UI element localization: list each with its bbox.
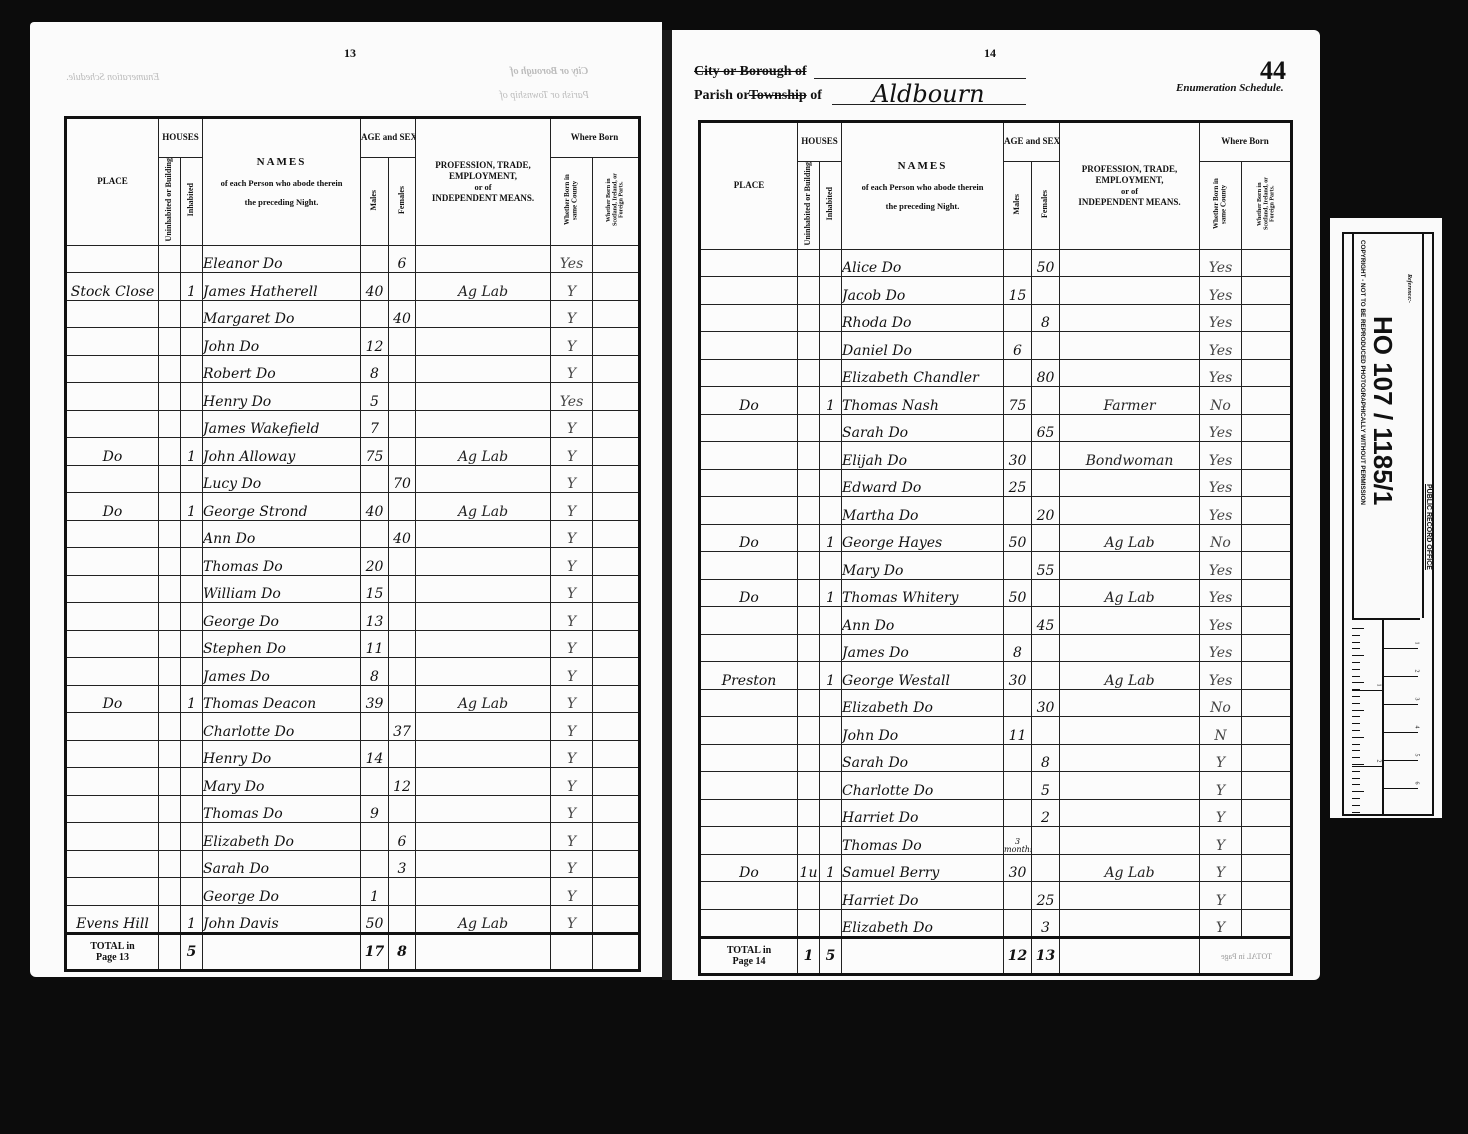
males-age-cell — [361, 300, 389, 328]
females-age-cell — [1032, 469, 1060, 497]
same-county-cell: Y — [1200, 772, 1242, 800]
place-cell — [700, 909, 798, 938]
occupation-cell: Ag Lab — [1060, 854, 1200, 882]
occupation-cell — [1060, 717, 1200, 745]
census-row: John Do11N — [700, 717, 1292, 745]
uninhabited-cell — [159, 493, 181, 521]
inhabited-cell — [181, 548, 203, 576]
occupation-cell — [416, 300, 551, 328]
occupation-cell — [1060, 332, 1200, 360]
females-age-cell — [389, 795, 416, 823]
total-label: TOTAL inPage 13 — [66, 934, 159, 971]
occupation-cell: Ag Lab — [416, 685, 551, 713]
census-row: Sarah Do8Y — [700, 744, 1292, 772]
place-cell — [66, 603, 159, 631]
place-cell: Stock Close — [66, 273, 159, 301]
name-cell: William Do — [203, 575, 361, 603]
name-cell: Rhoda Do — [842, 304, 1004, 332]
inhabited-cell: 1 — [181, 273, 203, 301]
reference-label: Reference:- — [1406, 274, 1412, 303]
header-houses: HOUSES — [159, 118, 203, 158]
inhabited-cell — [820, 717, 842, 745]
foreign-born-cell — [1242, 524, 1292, 552]
copyright-notice: COPYRIGHT - NOT TO BE REPRODUCED PHOTOGR… — [1359, 240, 1366, 505]
females-age-cell — [1032, 634, 1060, 662]
occupation-cell — [1060, 497, 1200, 525]
census-row: Thomas Do20Y — [66, 548, 640, 576]
census-row: Harriet Do25Y — [700, 882, 1292, 910]
uninhabited-cell — [159, 300, 181, 328]
foreign-born-cell — [1242, 662, 1292, 690]
occupation-cell: Ag Lab — [416, 493, 551, 521]
header-males: Males — [1004, 162, 1032, 250]
total-uninhabited: 1 — [798, 938, 820, 975]
inhabited-cell: 1 — [181, 438, 203, 466]
foreign-born-cell — [593, 273, 640, 301]
inhabited-cell — [181, 878, 203, 906]
same-county-cell: Y — [551, 878, 593, 906]
females-age-cell — [389, 383, 416, 411]
header-inhabited: Inhabited — [181, 158, 203, 246]
same-county-cell: Y — [551, 410, 593, 438]
census-row: Stephen Do11Y — [66, 630, 640, 658]
uninhabited-cell — [798, 717, 820, 745]
uninhabited-cell: 1u — [798, 854, 820, 882]
same-county-cell: Yes — [1200, 304, 1242, 332]
place-cell — [66, 575, 159, 603]
females-age-cell — [389, 740, 416, 768]
uninhabited-cell — [159, 548, 181, 576]
place-cell — [66, 630, 159, 658]
males-age-cell — [1004, 304, 1032, 332]
occupation-cell — [416, 245, 551, 273]
occupation-cell — [416, 878, 551, 906]
same-county-cell: Yes — [1200, 442, 1242, 470]
census-row: Mary Do12Y — [66, 768, 640, 796]
header-same-county: Whether Born in same County — [551, 158, 593, 246]
females-age-cell — [389, 548, 416, 576]
males-age-cell — [361, 768, 389, 796]
females-age-cell: 30 — [1032, 689, 1060, 717]
same-county-cell: Y — [551, 273, 593, 301]
measurement-ruler: 12345612 — [1352, 618, 1420, 816]
place-cell — [700, 497, 798, 525]
header-foreign-born: Whether Born in Scotland, Ireland, or Fo… — [593, 158, 640, 246]
males-age-cell: 13 — [361, 603, 389, 631]
inhabited-cell — [820, 827, 842, 855]
occupation-cell: Farmer — [1060, 387, 1200, 415]
females-age-cell: 45 — [1032, 607, 1060, 635]
occupation-cell — [1060, 304, 1200, 332]
foreign-born-cell — [593, 823, 640, 851]
place-cell — [66, 658, 159, 686]
name-cell: Thomas Do — [842, 827, 1004, 855]
females-age-cell — [1032, 387, 1060, 415]
name-cell: Samuel Berry — [842, 854, 1004, 882]
name-cell: Charlotte Do — [842, 772, 1004, 800]
place-cell — [700, 469, 798, 497]
foreign-born-cell — [593, 575, 640, 603]
same-county-cell: Y — [1200, 744, 1242, 772]
uninhabited-cell — [159, 328, 181, 356]
name-cell: Mary Do — [842, 552, 1004, 580]
name-cell: Lucy Do — [203, 465, 361, 493]
same-county-cell: Y — [551, 850, 593, 878]
females-age-cell: 3 — [389, 850, 416, 878]
inhabited-cell — [820, 249, 842, 277]
same-county-cell: Y — [551, 658, 593, 686]
same-county-cell: Y — [551, 300, 593, 328]
same-county-cell: Y — [1200, 909, 1242, 938]
uninhabited-cell — [798, 579, 820, 607]
header-where-born: Where Born — [1200, 122, 1292, 162]
foreign-born-cell — [593, 355, 640, 383]
occupation-cell — [416, 328, 551, 356]
occupation-cell — [416, 383, 551, 411]
inhabited-cell: 1 — [181, 685, 203, 713]
males-age-cell: 20 — [361, 548, 389, 576]
place-cell — [66, 878, 159, 906]
name-cell: Margaret Do — [203, 300, 361, 328]
name-cell: George Do — [203, 603, 361, 631]
foreign-born-cell — [1242, 359, 1292, 387]
ruler-cm-mark: 5 — [1384, 760, 1418, 761]
occupation-cell: Ag Lab — [416, 905, 551, 934]
name-cell: Thomas Nash — [842, 387, 1004, 415]
name-cell: Sarah Do — [203, 850, 361, 878]
males-age-cell: 50 — [361, 905, 389, 934]
males-age-cell — [1004, 607, 1032, 635]
same-county-cell: Y — [551, 740, 593, 768]
foreign-born-cell — [1242, 387, 1292, 415]
census-row: James Wakefield7Y — [66, 410, 640, 438]
same-county-cell: N — [1200, 717, 1242, 745]
uninhabited-cell — [798, 552, 820, 580]
same-county-cell: Y — [551, 465, 593, 493]
uninhabited-cell — [798, 772, 820, 800]
foreign-born-cell — [1242, 332, 1292, 360]
name-cell: Ann Do — [203, 520, 361, 548]
place-cell — [700, 827, 798, 855]
name-cell: Alice Do — [842, 249, 1004, 277]
place-cell — [66, 768, 159, 796]
place-cell — [700, 552, 798, 580]
reference-number: HO 107 / 1185/1 — [1367, 316, 1398, 505]
place-cell — [66, 245, 159, 273]
inhabited-cell — [181, 300, 203, 328]
inhabited-cell — [181, 713, 203, 741]
census-row: George Do1Y — [66, 878, 640, 906]
females-age-cell — [389, 905, 416, 934]
place-cell — [66, 740, 159, 768]
header-females: Females — [1032, 162, 1060, 250]
same-county-cell: Y — [551, 575, 593, 603]
census-table-page-14: PLACE HOUSES NAMES of each Person who ab… — [698, 120, 1293, 976]
males-age-cell: 75 — [1004, 387, 1032, 415]
book-gutter — [662, 30, 672, 980]
header-names: NAMES of each Person who abode therein t… — [842, 122, 1004, 250]
same-county-cell: No — [1200, 689, 1242, 717]
census-row: James Do8Y — [66, 658, 640, 686]
name-cell: Thomas Deacon — [203, 685, 361, 713]
foreign-born-cell — [593, 740, 640, 768]
header-houses: HOUSES — [798, 122, 842, 162]
uninhabited-cell — [798, 304, 820, 332]
females-age-cell — [1032, 662, 1060, 690]
uninhabited-cell — [798, 524, 820, 552]
uninhabited-cell — [159, 438, 181, 466]
uninhabited-cell — [159, 383, 181, 411]
census-row: James Do8Yes — [700, 634, 1292, 662]
header-profession: PROFESSION, TRADE, EMPLOYMENT, or of IND… — [1060, 122, 1200, 250]
census-row: Margaret Do40Y — [66, 300, 640, 328]
inhabited-cell: 1 — [820, 387, 842, 415]
same-county-cell: No — [1200, 387, 1242, 415]
header-same-county: Whether Born in same County — [1200, 162, 1242, 250]
name-cell: Robert Do — [203, 355, 361, 383]
males-age-cell: 9 — [361, 795, 389, 823]
inhabited-cell — [820, 552, 842, 580]
census-row: Thomas Do3 monthsY — [700, 827, 1292, 855]
total-males: 17 — [361, 934, 389, 971]
name-cell: Ann Do — [842, 607, 1004, 635]
females-age-cell — [1032, 717, 1060, 745]
same-county-cell: Y — [1200, 799, 1242, 827]
inhabited-cell — [181, 328, 203, 356]
name-cell: Elizabeth Do — [842, 909, 1004, 938]
males-age-cell: 40 — [361, 273, 389, 301]
census-row: Jacob Do15Yes — [700, 277, 1292, 305]
foreign-born-cell — [1242, 442, 1292, 470]
census-row: Stock Close1James Hatherell40Ag LabY — [66, 273, 640, 301]
bleed-through-total: TOTAL in Page — [1200, 938, 1292, 975]
occupation-cell: Ag Lab — [1060, 524, 1200, 552]
name-cell: Sarah Do — [842, 414, 1004, 442]
bleed-through-text: City or Borough of — [510, 66, 588, 77]
males-age-cell — [1004, 799, 1032, 827]
inhabited-cell — [820, 744, 842, 772]
females-age-cell — [389, 575, 416, 603]
name-cell: James Do — [203, 658, 361, 686]
header-uninhabited: Uninhabited or Building — [159, 158, 181, 246]
total-females: 13 — [1032, 938, 1060, 975]
females-age-cell — [1032, 442, 1060, 470]
same-county-cell: Yes — [1200, 552, 1242, 580]
males-age-cell — [361, 465, 389, 493]
females-age-cell: 12 — [389, 768, 416, 796]
occupation-cell — [1060, 249, 1200, 277]
inhabited-cell — [820, 772, 842, 800]
place-cell — [66, 355, 159, 383]
inhabited-cell — [181, 383, 203, 411]
foreign-born-cell — [1242, 689, 1292, 717]
uninhabited-cell — [798, 387, 820, 415]
total-females: 8 — [389, 934, 416, 971]
occupation-cell — [1060, 359, 1200, 387]
occupation-cell: Ag Lab — [1060, 579, 1200, 607]
occupation-cell — [416, 740, 551, 768]
uninhabited-cell — [798, 909, 820, 938]
inhabited-cell — [820, 442, 842, 470]
foreign-born-cell — [1242, 414, 1292, 442]
females-age-cell: 80 — [1032, 359, 1060, 387]
census-row: Henry Do5Yes — [66, 383, 640, 411]
males-age-cell — [1004, 772, 1032, 800]
place-cell — [66, 713, 159, 741]
males-age-cell — [361, 823, 389, 851]
inhabited-cell — [181, 658, 203, 686]
inhabited-cell — [820, 909, 842, 938]
header-names: NAMES of each Person who abode therein t… — [203, 118, 361, 246]
name-cell: Stephen Do — [203, 630, 361, 658]
place-cell — [700, 634, 798, 662]
name-cell: George Do — [203, 878, 361, 906]
occupation-cell: Ag Lab — [1060, 662, 1200, 690]
uninhabited-cell — [159, 603, 181, 631]
foreign-born-cell — [1242, 799, 1292, 827]
foreign-born-cell — [593, 768, 640, 796]
place-cell — [700, 277, 798, 305]
same-county-cell: Yes — [1200, 662, 1242, 690]
males-age-cell: 11 — [361, 630, 389, 658]
place-cell — [66, 328, 159, 356]
name-cell: Sarah Do — [842, 744, 1004, 772]
uninhabited-cell — [159, 575, 181, 603]
name-cell: Daniel Do — [842, 332, 1004, 360]
occupation-cell — [416, 465, 551, 493]
uninhabited-cell — [798, 882, 820, 910]
females-age-cell — [389, 630, 416, 658]
ruler-cm-mark: 6 — [1384, 788, 1418, 789]
uninhabited-cell — [798, 662, 820, 690]
uninhabited-cell — [798, 469, 820, 497]
census-row: Preston1George Westall30Ag LabYes — [700, 662, 1292, 690]
census-row: Charlotte Do5Y — [700, 772, 1292, 800]
uninhabited-cell — [159, 740, 181, 768]
uninhabited-cell — [798, 607, 820, 635]
males-age-cell — [1004, 552, 1032, 580]
census-row: Do1u1Samuel Berry30Ag LabY — [700, 854, 1292, 882]
inhabited-cell — [181, 520, 203, 548]
inhabited-cell: 1 — [820, 524, 842, 552]
place-cell — [66, 795, 159, 823]
place-cell — [66, 300, 159, 328]
occupation-cell — [416, 658, 551, 686]
foreign-born-cell — [1242, 854, 1292, 882]
same-county-cell: Yes — [1200, 607, 1242, 635]
inhabited-cell — [820, 469, 842, 497]
name-cell: John Alloway — [203, 438, 361, 466]
uninhabited-cell — [798, 249, 820, 277]
place-cell — [700, 304, 798, 332]
header-inhabited: Inhabited — [820, 162, 842, 250]
females-age-cell: 25 — [1032, 882, 1060, 910]
uninhabited-cell — [159, 713, 181, 741]
place-cell — [66, 823, 159, 851]
name-cell: Elijah Do — [842, 442, 1004, 470]
total-inhabited: 5 — [820, 938, 842, 975]
males-age-cell — [1004, 909, 1032, 938]
city-borough-label: City or Borough of — [694, 64, 807, 80]
females-age-cell — [1032, 277, 1060, 305]
census-table-page-13: PLACE HOUSES NAMES of each Person who ab… — [64, 116, 641, 972]
same-county-cell: Y — [551, 823, 593, 851]
foreign-born-cell — [593, 795, 640, 823]
inhabited-cell — [181, 465, 203, 493]
inhabited-cell — [820, 634, 842, 662]
females-age-cell: 5 — [1032, 772, 1060, 800]
foreign-born-cell — [593, 905, 640, 934]
ruler-cm-mark: 1 — [1384, 648, 1418, 649]
inhabited-cell — [181, 823, 203, 851]
name-cell: Edward Do — [842, 469, 1004, 497]
occupation-cell — [416, 795, 551, 823]
place-cell — [66, 548, 159, 576]
uninhabited-cell — [798, 827, 820, 855]
header-age-sex: AGE and SEX — [1004, 122, 1060, 162]
inhabited-cell — [820, 689, 842, 717]
foreign-born-cell — [1242, 469, 1292, 497]
same-county-cell: Y — [1200, 854, 1242, 882]
uninhabited-cell — [159, 520, 181, 548]
males-age-cell: 8 — [1004, 634, 1032, 662]
females-age-cell: 37 — [389, 713, 416, 741]
uninhabited-cell — [159, 355, 181, 383]
males-age-cell: 7 — [361, 410, 389, 438]
occupation-cell — [416, 630, 551, 658]
census-row: Do1George Hayes50Ag LabNo — [700, 524, 1292, 552]
place-cell: Evens Hill — [66, 905, 159, 934]
name-cell: George Hayes — [842, 524, 1004, 552]
same-county-cell: Y — [551, 905, 593, 934]
inhabited-cell: 1 — [820, 662, 842, 690]
uninhabited-cell — [798, 414, 820, 442]
census-row: Ann Do40Y — [66, 520, 640, 548]
name-cell: George Strond — [203, 493, 361, 521]
occupation-cell: Ag Lab — [416, 273, 551, 301]
inhabited-cell — [181, 245, 203, 273]
ruler-cm-mark: 4 — [1384, 732, 1418, 733]
place-cell: Do — [700, 524, 798, 552]
foreign-born-cell — [1242, 744, 1292, 772]
name-cell: Elizabeth Do — [203, 823, 361, 851]
females-age-cell: 70 — [389, 465, 416, 493]
same-county-cell: Y — [551, 493, 593, 521]
males-age-cell: 6 — [1004, 332, 1032, 360]
total-row-page-13: TOTAL inPage 13 5 17 8 — [66, 934, 640, 971]
name-cell: Harriet Do — [842, 799, 1004, 827]
same-county-cell: Y — [1200, 827, 1242, 855]
place-cell — [66, 383, 159, 411]
census-row: Do1Thomas Whitery50Ag LabYes — [700, 579, 1292, 607]
census-row: Elizabeth Chandler80Yes — [700, 359, 1292, 387]
same-county-cell: Y — [1200, 882, 1242, 910]
census-row: Martha Do20Yes — [700, 497, 1292, 525]
census-row: Robert Do8Y — [66, 355, 640, 383]
occupation-cell — [416, 823, 551, 851]
census-row: John Do12Y — [66, 328, 640, 356]
name-cell: Martha Do — [842, 497, 1004, 525]
name-cell: John Do — [203, 328, 361, 356]
females-age-cell: 6 — [389, 245, 416, 273]
occupation-cell — [1060, 469, 1200, 497]
females-age-cell — [389, 438, 416, 466]
males-age-cell: 30 — [1004, 442, 1032, 470]
city-borough-field — [814, 78, 1026, 79]
uninhabited-cell — [798, 277, 820, 305]
inhabited-cell — [820, 277, 842, 305]
males-age-cell: 25 — [1004, 469, 1032, 497]
